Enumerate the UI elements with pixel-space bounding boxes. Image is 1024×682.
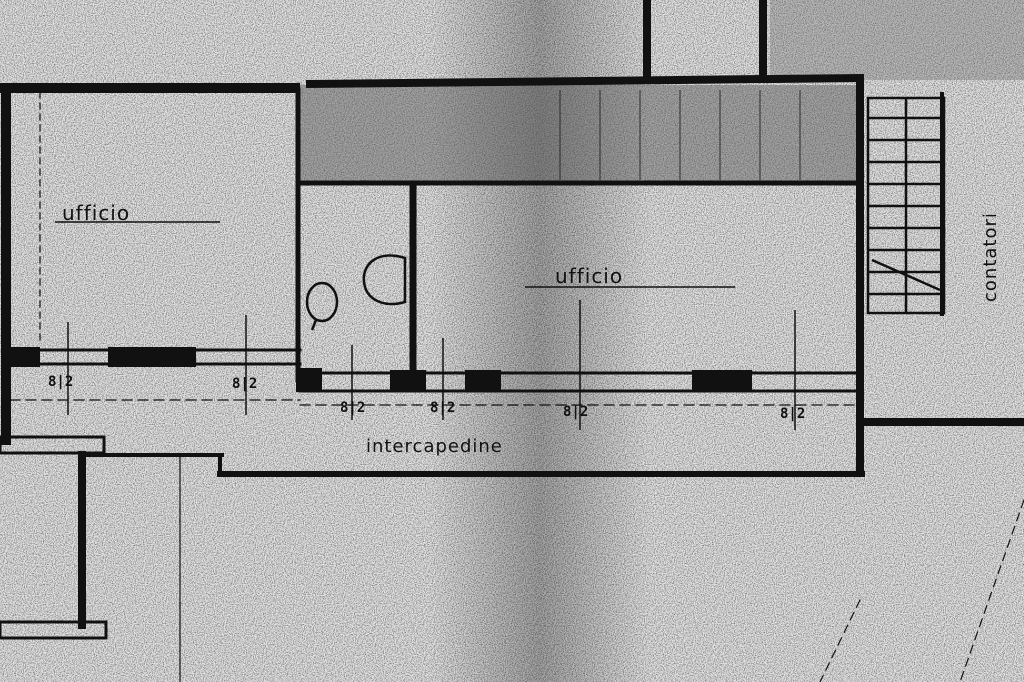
dimension-label: 8|2 bbox=[430, 400, 455, 416]
dimension-label: 8|2 bbox=[232, 376, 257, 392]
room-label-office-center: ufficio bbox=[555, 264, 623, 288]
dimension-label: 8|2 bbox=[563, 404, 588, 420]
floor-plan bbox=[0, 0, 1024, 682]
room-label-office-left: ufficio bbox=[62, 201, 130, 225]
dimension-label: 8|2 bbox=[780, 406, 805, 422]
room-label-meters: contatori bbox=[980, 212, 1001, 302]
dimension-label: 8|2 bbox=[340, 400, 365, 416]
room-label-cavity: intercapedine bbox=[366, 436, 503, 457]
dimension-label: 8|2 bbox=[48, 374, 73, 390]
